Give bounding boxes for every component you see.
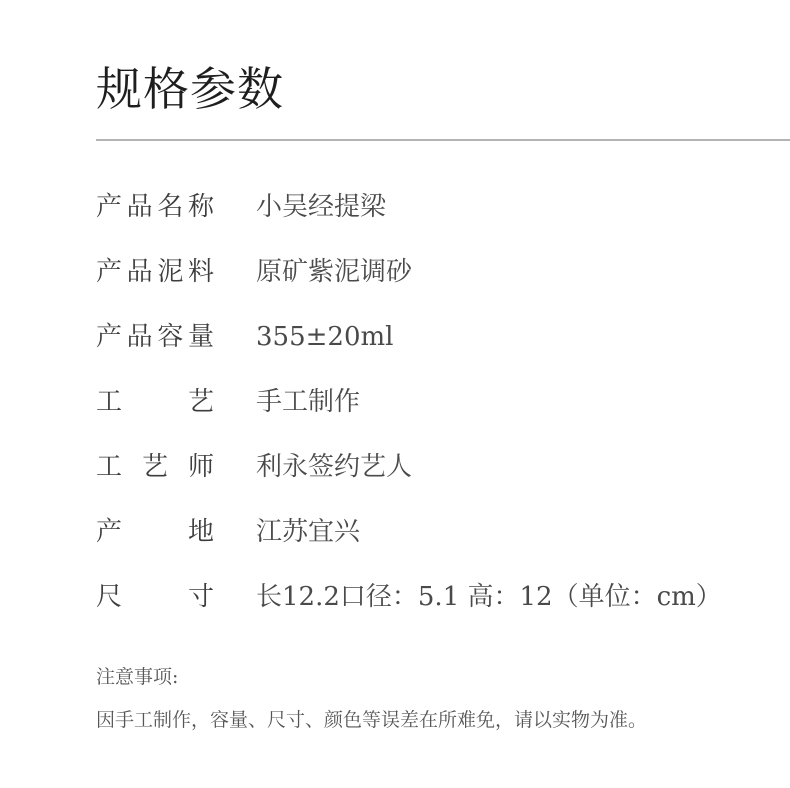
- spec-value: 原矿紫泥调砂: [256, 254, 412, 290]
- spec-value: 355±20ml: [256, 319, 393, 355]
- spec-label: 尺 寸: [96, 579, 214, 615]
- spec-row-capacity: 产 品 容 量 355±20ml: [96, 319, 393, 355]
- notes-title: 注意事项:: [96, 664, 178, 690]
- spec-label: 工 艺: [96, 384, 214, 420]
- spec-row-material: 产 品 泥 料 原矿紫泥调砂: [96, 254, 412, 290]
- spec-label: 工 艺 师: [96, 449, 214, 485]
- spec-value: 小吴经提梁: [256, 189, 386, 225]
- spec-label: 产 品 名 称: [96, 189, 214, 225]
- notes-body: 因手工制作，容量、尺寸、颜色等误差在所难免，请以实物为准。: [96, 707, 647, 733]
- spec-label: 产 地: [96, 514, 214, 550]
- spec-label: 产 品 泥 料: [96, 254, 214, 290]
- spec-value: 手工制作: [256, 384, 360, 420]
- spec-row-origin: 产 地 江苏宜兴: [96, 514, 360, 550]
- spec-label: 产 品 容 量: [96, 319, 214, 355]
- spec-row-name: 产 品 名 称 小吴经提梁: [96, 189, 386, 225]
- spec-row-artisan: 工 艺 师 利永签约艺人: [96, 449, 412, 485]
- spec-value: 江苏宜兴: [256, 514, 360, 550]
- spec-value: 利永签约艺人: [256, 449, 412, 485]
- spec-row-craft: 工 艺 手工制作: [96, 384, 360, 420]
- spec-row-dimensions: 尺 寸 长12.2口径：5.1 高：12（单位：cm）: [96, 579, 722, 615]
- spec-value: 长12.2口径：5.1 高：12（单位：cm）: [256, 579, 722, 615]
- divider: [96, 139, 790, 141]
- page-title: 规格参数: [96, 60, 284, 118]
